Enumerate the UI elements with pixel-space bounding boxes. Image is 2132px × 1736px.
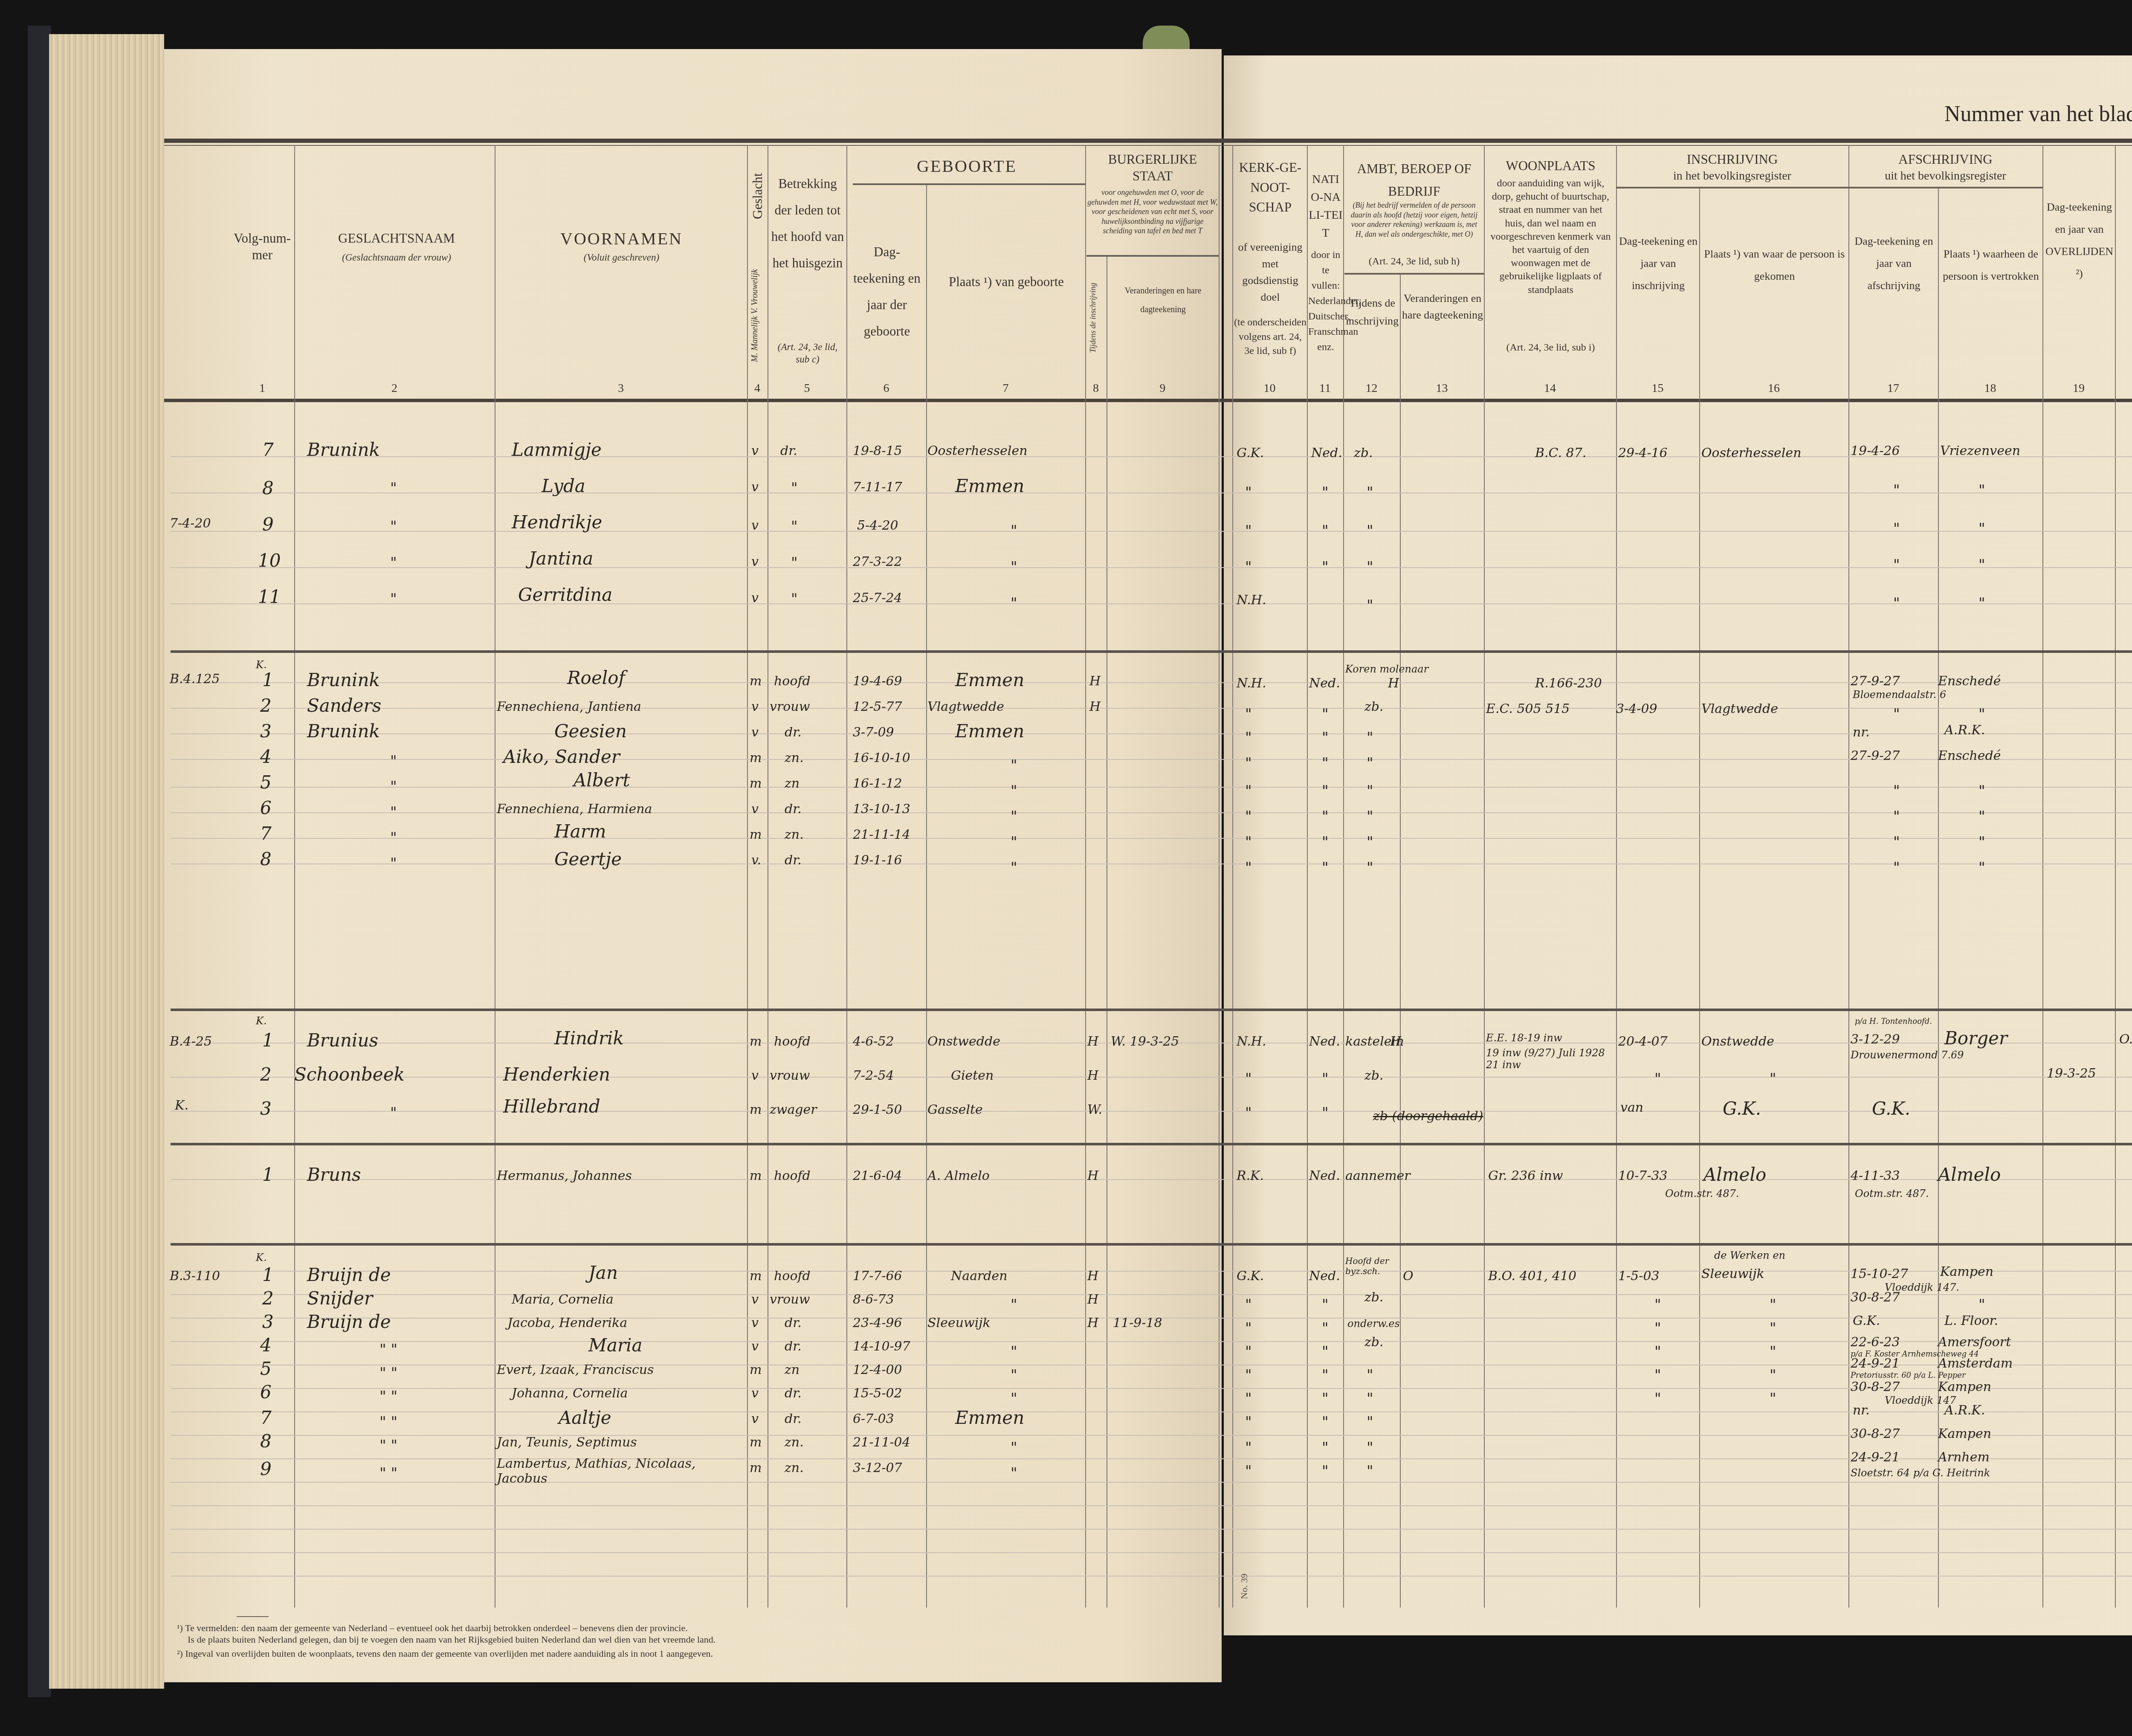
cell-birthdate: 25-7-24 xyxy=(853,591,902,606)
cell-occupation: " xyxy=(1367,859,1373,876)
cell-address: R.166-230 xyxy=(1535,676,1602,691)
cell-sex: m xyxy=(750,1269,762,1284)
cell-birthplace: Emmen xyxy=(955,1407,1024,1428)
cell-birthdate: 4-6-52 xyxy=(853,1034,894,1049)
row-rule xyxy=(171,1271,2132,1272)
cell-out-date: 27-9-27 xyxy=(1851,748,1900,763)
cell-occupation: " xyxy=(1367,1390,1373,1407)
cell-surname: Bruijn de xyxy=(307,1311,391,1332)
cell-in-date: 3-4-09 xyxy=(1616,701,1657,716)
cell-relation: zn. xyxy=(785,1461,804,1475)
burgerlijke-rule xyxy=(1086,255,1219,257)
cell-sex: v xyxy=(751,802,759,817)
header-geslacht: Geslacht xyxy=(750,158,767,235)
cell-sex: m xyxy=(750,827,762,842)
colnum-19: 19 xyxy=(2042,382,2115,395)
colnum-14: 14 xyxy=(1484,382,1616,395)
cell-occupation: " xyxy=(1367,783,1373,800)
cell-birthplace: " xyxy=(1011,1465,1017,1482)
cell-birthplace: " xyxy=(1011,1343,1017,1360)
header-geboorte-datum: Dag-teekening en jaar der geboorte xyxy=(849,239,925,345)
cell-relation: dr. xyxy=(785,1411,802,1426)
cell-firstnames: Fennechiena, Jantiena xyxy=(497,699,641,714)
cell-occupation: zb (doorgehaald) xyxy=(1373,1109,1483,1124)
cell-in-from: " xyxy=(1770,1343,1776,1360)
cell-nationality: " xyxy=(1322,522,1329,539)
cell-out-date: 30-8-27 xyxy=(1851,1290,1900,1305)
cell-out-to: Amersfoort xyxy=(1938,1335,2011,1350)
cell-birthdate: 12-4-00 xyxy=(853,1362,902,1377)
cell-out-date: nr. xyxy=(1853,1403,1870,1418)
header-kerkgenootschap: KERK-GE-NOOT-SCHAP xyxy=(1234,158,1307,217)
cell-volgnummer: 1 xyxy=(262,1164,274,1185)
cell-church: " xyxy=(1245,1070,1252,1087)
cell-occupation: zb. xyxy=(1364,1068,1384,1083)
cell-sex: m xyxy=(750,674,762,689)
footnote-1b: Is de plaats buiten Nederland gelegen, d… xyxy=(188,1634,715,1645)
cell-occupation-flag: H xyxy=(1388,676,1399,691)
cell-surname: " xyxy=(390,518,397,535)
cell-birthdate: 12-5-77 xyxy=(853,699,902,714)
cell-nationality: " xyxy=(1322,1104,1329,1122)
cell-birthdate: 23-4-96 xyxy=(853,1316,902,1330)
cell-out-note: Sloetstr. 64 p/a G. Heitrink xyxy=(1851,1467,1990,1479)
cell-volgnummer: 1 xyxy=(262,1030,274,1051)
cell-firstnames: Lyda xyxy=(542,475,585,496)
cell-civil-status: H xyxy=(1087,1292,1098,1307)
cell-church: G.K. xyxy=(1237,1269,1264,1284)
cell-civil-status-change: 11-9-18 xyxy=(1113,1316,1162,1330)
cell-volgnummer: 1 xyxy=(262,1264,274,1285)
cell-out-to: Enschedé xyxy=(1938,674,2001,689)
cell-occupation: onderw.es xyxy=(1347,1318,1400,1330)
cell-surname: " xyxy=(390,829,397,846)
cell-sex: m xyxy=(750,751,762,765)
cell-volgnummer: 9 xyxy=(260,1458,272,1479)
cell-birthplace: " xyxy=(1011,757,1017,774)
cell-out-date: 19-4-26 xyxy=(1851,443,1900,458)
cell-sex: m xyxy=(750,776,762,791)
cell-sex: m xyxy=(750,1461,762,1475)
cell-in-date: " xyxy=(1654,1367,1661,1384)
cell-marker: K. xyxy=(256,1015,267,1027)
cell-relation: " xyxy=(791,554,798,571)
cell-occupation: " xyxy=(1367,1367,1373,1384)
cell-occupation-flag: H xyxy=(1390,1034,1401,1049)
header-ambt-veranderingen: Veranderingen en hare dagteekening xyxy=(1401,290,1484,323)
cell-church: " xyxy=(1245,859,1252,876)
colnum-4: 4 xyxy=(747,382,768,395)
cell-nationality: " xyxy=(1322,1463,1329,1480)
header-bs-tijdens: Tijdens de inschrijving xyxy=(1088,273,1105,362)
header-woonplaats: WOONPLAATS xyxy=(1485,158,1616,174)
cell-sex: v xyxy=(751,699,759,714)
cell-out-to: " xyxy=(1978,520,1985,537)
colnum-2: 2 xyxy=(294,382,495,395)
cell-birthdate: 13-10-13 xyxy=(853,802,910,817)
header-voornamen: VOORNAMEN xyxy=(497,228,746,249)
row-rule xyxy=(171,1179,2132,1180)
cell-volgnummer: 4 xyxy=(260,1335,272,1356)
cell-in-date: 1-5-03 xyxy=(1618,1269,1660,1284)
cell-out-to: " xyxy=(1978,706,1985,723)
header-betrekking-sub: (Art. 24, 3e lid, sub c) xyxy=(770,341,846,366)
cell-birthplace: Gieten xyxy=(951,1068,994,1083)
header-woonplaats-sub: door aanduiding van wijk, dorp, gehucht … xyxy=(1488,177,1613,297)
cell-birthdate: 3-12-07 xyxy=(853,1461,902,1475)
row-rule xyxy=(171,531,2132,532)
cell-in-note-top: de Werken en xyxy=(1714,1249,1785,1261)
cell-firstnames: Johanna, Cornelia xyxy=(512,1386,628,1401)
cell-birthdate: 16-1-12 xyxy=(853,776,902,791)
cell-nationality: " xyxy=(1322,1439,1329,1456)
cell-firstnames: Lambertus, Mathias, Nicolaas, Jacobus xyxy=(497,1456,744,1486)
cell-firstnames: Hillebrand xyxy=(503,1096,600,1117)
cell-in-date: 29-4-16 xyxy=(1618,446,1668,461)
cell-sex: v. xyxy=(751,853,761,868)
cell-nationality: " xyxy=(1322,808,1329,825)
cell-nationality: " xyxy=(1322,706,1329,723)
colnum-9: 9 xyxy=(1107,382,1219,395)
cell-birthdate: 15-5-02 xyxy=(853,1386,902,1401)
row-rule xyxy=(171,838,2132,839)
row-rule xyxy=(171,1529,2132,1530)
cell-church: " xyxy=(1245,1367,1252,1384)
cell-out-to: " xyxy=(1978,556,1985,574)
cell-church: " xyxy=(1245,729,1252,746)
cell-firstnames: Geesien xyxy=(554,721,627,742)
cell-nationality: " xyxy=(1322,1070,1329,1087)
header-ambt-tijdens: Tijdens de inschrijving xyxy=(1344,294,1400,330)
cell-surname: Brunius xyxy=(307,1030,378,1051)
cell-in-date: " xyxy=(1654,1343,1661,1360)
row-rule xyxy=(171,864,2132,864)
header-afschrijving-datum: Dag-teekening en jaar van afschrijving xyxy=(1850,230,1938,297)
cell-address: B.C. 87. xyxy=(1535,446,1586,461)
header-afschrijving: AFSCHRIJVING xyxy=(1848,151,2042,168)
cell-volgnummer: 2 xyxy=(262,1288,274,1309)
geboorte-rule xyxy=(853,183,1085,185)
cell-occupation: Koren molenaar xyxy=(1345,663,1428,675)
colnum-8: 8 xyxy=(1085,382,1107,395)
cell-address: E.C. 505 515 xyxy=(1486,701,1570,716)
cell-volgnummer: 7 xyxy=(262,439,274,460)
header-geslachtsnaam-sub: (Geslachtsnaam der vrouw) xyxy=(298,252,495,264)
cell-nationality: Ned. xyxy=(1311,446,1342,461)
cell-margin-note: K. xyxy=(175,1098,188,1113)
row-rule xyxy=(171,1482,2132,1483)
cell-relation: hoofd xyxy=(774,1168,811,1183)
cell-birthplace: " xyxy=(1011,595,1017,612)
colnum-15: 15 xyxy=(1616,382,1699,395)
cell-occupation-flag: O xyxy=(1403,1269,1414,1284)
cell-civil-status: H xyxy=(1089,699,1101,714)
cell-church: " xyxy=(1245,755,1252,772)
cell-surname: Brunink xyxy=(307,439,380,460)
cell-address: B.O. 401, 410 xyxy=(1488,1269,1576,1284)
cell-sex: m xyxy=(750,1168,762,1183)
cell-firstnames: Harm xyxy=(554,821,606,842)
colnum-10: 10 xyxy=(1232,382,1307,395)
cell-in-from: Sleeuwijk xyxy=(1701,1266,1764,1281)
cell-firstnames: Lammigje xyxy=(512,439,602,460)
cell-birthplace: " xyxy=(1011,834,1017,851)
cell-relation: hoofd xyxy=(774,1034,811,1049)
cell-church: " xyxy=(1245,1414,1252,1431)
header-ambt-sub: (Bij het bedrijf vermelden of de persoon… xyxy=(1347,200,1481,239)
cell-surname: " " xyxy=(379,1465,397,1482)
cell-marker: K. xyxy=(256,659,267,671)
header-nationaliteit-sub: door in te vullen: Nederlander, Duitsche… xyxy=(1308,247,1343,355)
cell-birthdate: 21-6-04 xyxy=(853,1168,902,1183)
cell-church: N.H. xyxy=(1237,676,1266,691)
cell-surname: Bruns xyxy=(307,1164,361,1185)
cell-church: " xyxy=(1245,808,1252,825)
cell-out-date: 27-9-27 xyxy=(1851,674,1900,689)
row-rule xyxy=(171,493,2132,493)
cell-church: " xyxy=(1245,484,1252,501)
header-geslacht-sub: M. Mannelijk V. Vrouwelijk xyxy=(750,264,767,367)
cell-birthplace: " xyxy=(1011,1296,1017,1313)
cell-out-date: " xyxy=(1893,706,1900,723)
colnum-18: 18 xyxy=(1938,382,2042,395)
cell-surname: " xyxy=(390,804,397,821)
cell-birthdate: 21-11-04 xyxy=(853,1435,910,1450)
row-rule xyxy=(171,759,2132,760)
cell-nationality: " xyxy=(1322,1343,1329,1360)
bookmark-ribbon xyxy=(1143,26,1190,51)
header-afschrijving-plaats: Plaats ¹) waarheen de persoon is vertrok… xyxy=(1939,243,2042,287)
colnum-5: 5 xyxy=(768,382,846,395)
cell-out-to: Enschedé xyxy=(1938,748,2001,763)
cell-in-date: " xyxy=(1654,1070,1661,1087)
cell-occupation: " xyxy=(1367,484,1373,501)
cell-surname: Brunink xyxy=(307,669,380,690)
cell-birthplace: " xyxy=(1011,522,1017,539)
cell-birthdate: 3-7-09 xyxy=(853,725,894,740)
cell-out-date: 30-8-27 xyxy=(1851,1380,1900,1394)
header-voornamen-sub: (Voluit geschreven) xyxy=(497,252,746,264)
cell-out-to: " xyxy=(1978,1296,1985,1313)
cell-church: R.K. xyxy=(1237,1168,1264,1183)
cell-volgnummer: 6 xyxy=(260,1382,272,1403)
inschrijving-rule xyxy=(1616,187,1848,188)
cell-out-note: Drouwenermond 7.69 xyxy=(1851,1049,1964,1061)
cell-out-date: 4-11-33 xyxy=(1851,1168,1900,1183)
cell-firstnames: Jan, Teunis, Septimus xyxy=(497,1435,637,1450)
colnum-7: 7 xyxy=(926,382,1085,395)
row-rule xyxy=(171,567,2132,568)
cell-occupation: zb. xyxy=(1364,1290,1384,1305)
row-rule xyxy=(171,812,2132,813)
header-inschrijving-sub: in het bevolkingsregister xyxy=(1616,168,1848,183)
cell-in-from: Vlagtwedde xyxy=(1701,701,1778,716)
header-kerkgenootschap-note: (te onderscheiden volgens art. 24, 3e li… xyxy=(1234,316,1307,359)
row-rule xyxy=(171,1505,2132,1506)
cell-out-date: 22-6-23 xyxy=(1851,1335,1900,1350)
cell-out-to: G.K. xyxy=(1872,1098,1910,1119)
cell-firstnames: Gerritdina xyxy=(518,584,612,605)
cell-firstnames: Maria, Cornelia xyxy=(512,1292,614,1307)
cell-remarks-code: O.D.R. xyxy=(2119,1032,2132,1047)
cell-in-from: Oosterhesselen xyxy=(1701,446,1802,461)
cell-occupation: Hoofd der byz.sch. xyxy=(1345,1256,1396,1276)
header-burgerlijke-staat: BURGERLIJKE STAAT xyxy=(1086,151,1219,185)
cell-nationality: " xyxy=(1322,834,1329,851)
col-divider xyxy=(926,183,927,1608)
cell-firstnames: Hindrik xyxy=(554,1028,624,1049)
row-rule xyxy=(171,456,2132,457)
cell-in-date: " xyxy=(1654,1320,1661,1337)
header-aanmerkingen-sub: (Art. 24, 5e lid) xyxy=(2116,269,2132,283)
cell-surname: " " xyxy=(379,1365,397,1382)
cell-church: " xyxy=(1245,1343,1252,1360)
cell-surname: Snijder xyxy=(307,1288,373,1309)
cell-birthplace: Emmen xyxy=(955,721,1024,742)
cell-church: " xyxy=(1245,834,1252,851)
colnum-3: 3 xyxy=(495,382,747,395)
group-separator xyxy=(171,1243,2132,1246)
cell-out-to: Vriezenveen xyxy=(1940,443,2020,458)
cell-occupation: " xyxy=(1367,559,1373,576)
col-divider xyxy=(1107,256,1107,1608)
cell-birthdate: 14-10-97 xyxy=(853,1339,910,1354)
cell-birthdate: 19-1-16 xyxy=(853,853,902,868)
header-nationaliteit: NATIO-NALI-TEIT xyxy=(1308,171,1343,242)
cell-birthplace: " xyxy=(1011,1390,1017,1407)
cell-out-date: " xyxy=(1893,520,1900,537)
header-geslachtsnaam: GESLACHTSNAAM xyxy=(298,230,495,247)
cell-firstnames: Aiko, Sander xyxy=(503,746,620,767)
cell-out-to: A.R.K. xyxy=(1944,723,1985,738)
row-rule xyxy=(171,1458,2132,1459)
cell-relation: dr. xyxy=(785,1339,802,1354)
header-aanmerkingen: AAN-MERKINGEN xyxy=(2116,230,2132,249)
cell-margin-note: B.4.125 xyxy=(170,672,220,687)
cell-out-note-top: p/a H. Tontenhoofd. xyxy=(1855,1017,1932,1026)
cell-birthplace: " xyxy=(1011,559,1017,576)
row-rule xyxy=(171,1365,2132,1365)
cell-in-from: G.K. xyxy=(1723,1098,1761,1119)
cell-occupation: zb. xyxy=(1364,699,1384,714)
cell-occupation: " xyxy=(1367,808,1373,825)
cell-volgnummer: 1 xyxy=(262,669,274,690)
cell-out-to: " xyxy=(1978,595,1985,612)
cell-relation: zn. xyxy=(785,1435,804,1450)
cell-surname: " xyxy=(390,855,397,872)
afschrijving-rule xyxy=(1848,187,2042,188)
cell-relation: zn xyxy=(785,1362,799,1377)
cell-nationality: " xyxy=(1322,1367,1329,1384)
cell-birthplace: " xyxy=(1011,1439,1017,1456)
header-kerkgenootschap-sub: of vereeniging met godsdienstig doel xyxy=(1234,239,1307,305)
cell-volgnummer: 7 xyxy=(260,823,272,844)
cell-sex: v xyxy=(751,1316,759,1330)
cell-birthdate: 6-7-03 xyxy=(853,1411,894,1426)
table-top-rule-thin xyxy=(164,145,2132,146)
row-rule xyxy=(171,1341,2132,1342)
cell-volgnummer: 5 xyxy=(260,772,272,793)
header-burgerlijke-sub: voor ongehuwden met O, voor de gehuwden … xyxy=(1087,188,1218,236)
cell-out-date: " xyxy=(1893,808,1900,825)
cell-nationality: " xyxy=(1322,1390,1329,1407)
cell-surname: " " xyxy=(379,1437,397,1454)
cell-sex: m xyxy=(750,1034,762,1049)
header-geboorte: GEBOORTE xyxy=(849,156,1085,177)
cell-surname: Schoonbeek xyxy=(294,1064,405,1085)
cell-occupation: " xyxy=(1367,597,1373,614)
cell-address-note: 19 inw (9/27) Juli 1928 21 inw xyxy=(1486,1047,1614,1071)
cell-church: " xyxy=(1245,1104,1252,1122)
cell-firstnames: Maria xyxy=(588,1335,643,1356)
footnote-1a: ¹) Te vermelden: den naam der gemeente v… xyxy=(177,1623,688,1634)
cell-surname: Bruijn de xyxy=(307,1264,391,1285)
footnote-separator xyxy=(237,1616,269,1617)
cell-birthplace: " xyxy=(1011,1367,1017,1384)
cell-birthplace: " xyxy=(1011,859,1017,876)
cell-birthdate: 27-3-22 xyxy=(853,554,902,569)
cell-surname: Sanders xyxy=(307,695,381,716)
cell-relation: dr. xyxy=(785,853,802,868)
header-inschrijving-datum: Dag-teekening en jaar van inschrijving xyxy=(1617,230,1699,297)
cell-volgnummer: 6 xyxy=(260,797,272,818)
cell-out-date: " xyxy=(1893,595,1900,612)
cell-nationality: " xyxy=(1322,1414,1329,1431)
cell-margin-note: 7-4-20 xyxy=(170,516,211,531)
row-rule xyxy=(171,1435,2132,1436)
colnum-20: 20 xyxy=(2115,382,2132,395)
cell-out-date: G.K. xyxy=(1853,1313,1880,1328)
cell-occupation: " xyxy=(1367,522,1373,539)
cell-in-from: " xyxy=(1770,1390,1776,1407)
cell-surname: " xyxy=(390,753,397,770)
cell-church: " xyxy=(1245,783,1252,800)
row-rule xyxy=(171,1111,2132,1112)
cell-out-to: L. Floor. xyxy=(1944,1313,1998,1328)
row-rule xyxy=(171,1077,2132,1078)
cell-occupation: " xyxy=(1367,834,1373,851)
cell-civil-status: H xyxy=(1087,1316,1098,1330)
cell-nationality: " xyxy=(1322,484,1329,501)
cell-occupation: " xyxy=(1367,1439,1373,1456)
cell-sex: v xyxy=(751,1411,759,1426)
group-separator xyxy=(171,1009,2132,1011)
cell-church: G.K. xyxy=(1237,446,1264,461)
cell-volgnummer: 7 xyxy=(260,1407,272,1428)
cell-in-from: " xyxy=(1770,1367,1776,1384)
cell-margin-note: B.4-25 xyxy=(170,1034,212,1049)
cell-relation: dr. xyxy=(780,443,797,458)
cell-volgnummer: 11 xyxy=(258,586,281,607)
cell-out-to: " xyxy=(1978,482,1985,499)
cell-out-date: " xyxy=(1893,859,1900,876)
row-rule xyxy=(171,1411,2132,1412)
cell-birthplace: Gasselte xyxy=(927,1102,983,1117)
cell-sex: v xyxy=(751,591,759,606)
cell-nationality: " xyxy=(1322,1320,1329,1337)
colnum-13: 13 xyxy=(1400,382,1484,395)
cell-firstnames: Aaltje xyxy=(559,1407,611,1428)
header-woonplaats-art: (Art. 24, 3e lid, sub i) xyxy=(1485,341,1616,354)
cell-out-date: 24-9-21 xyxy=(1851,1356,1900,1371)
cell-surname: " xyxy=(390,591,397,608)
cell-relation: " xyxy=(791,518,798,535)
colnum-6: 6 xyxy=(846,382,926,395)
cell-in-date: 20-4-07 xyxy=(1618,1034,1668,1049)
row-rule xyxy=(171,1552,2132,1553)
cell-birthdate: 19-4-69 xyxy=(853,674,902,689)
cell-surname: " xyxy=(390,554,397,571)
